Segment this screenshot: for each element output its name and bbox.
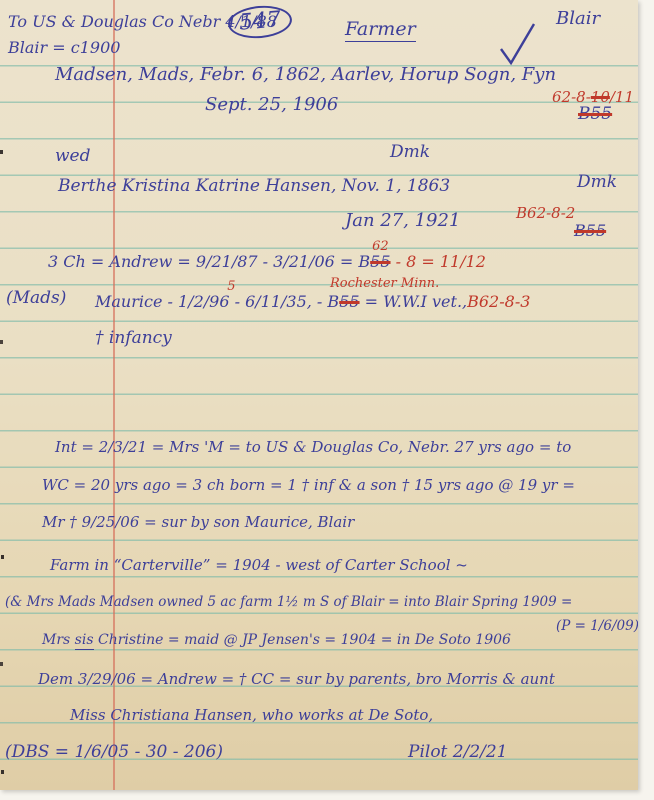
maurice-sup-correction: 5 — [227, 279, 235, 294]
place-top-right: Blair — [556, 8, 600, 29]
spouse-name-line: Berthe Kristina Katrine Hansen, Nov. 1, … — [58, 176, 450, 196]
newspaper-ref: Pilot 2/2/21 — [408, 742, 508, 762]
subject-name-line: Madsen, Mads, Febr. 6, 1862, Aarlev, Hor… — [55, 64, 556, 85]
interview-line-3: Mr † 9/25/06 = sur by son Maurice, Blair — [42, 513, 354, 531]
maurice-place-note: Rochester Minn. — [330, 276, 439, 291]
occupation-label: Farmer — [345, 18, 416, 40]
andrew-code-correction: 62 — [372, 239, 389, 254]
funeral-note-2: Miss Christiana Hansen, who works at De … — [70, 706, 433, 724]
child-maurice-line: Maurice - 1/2/965 - 6/11/35, - B55 = W.W… — [95, 292, 530, 311]
country-label-1: Dmk — [390, 142, 430, 162]
wed-label: wed — [55, 146, 91, 166]
binding-specks — [0, 150, 3, 154]
source-code: (DBS = 1/6/05 - 30 - 206) — [5, 742, 223, 762]
spouse-code-red: B62-8-2 — [516, 204, 575, 222]
entry-number-circle: 547 — [227, 3, 294, 40]
residence-note: Blair = c1900 — [8, 38, 120, 57]
acreage-note: (& Mrs Mads Madsen owned 5 ac farm 1½ m … — [5, 594, 572, 610]
entry-number: 547 — [228, 6, 292, 38]
infancy-note: † infancy — [95, 328, 172, 348]
country-label-2: Dmk — [577, 172, 617, 192]
scanned-notebook-page: To US & Douglas Co Nebr 4/1/88 547 Farme… — [0, 0, 654, 800]
spouse-death-date: Jan 27, 1921 — [345, 210, 460, 231]
acreage-ref: (P = 1/6/09) — [556, 618, 638, 634]
subject-code-struck: B55 — [578, 104, 612, 124]
interview-line-2: WC = 20 yrs ago = 3 ch born = 1 † inf & … — [42, 476, 575, 494]
subject-death-date: Sept. 25, 1906 — [205, 94, 338, 115]
farm-note: Farm in “Carterville” = 1904 - west of C… — [50, 556, 468, 574]
interview-line-1: Int = 2/3/21 = Mrs 'M = to US & Douglas … — [55, 438, 571, 456]
child-andrew-line: 3 Ch = Andrew = 9/21/87 - 3/21/06 = B556… — [48, 252, 486, 271]
checkmark-icon — [498, 22, 536, 70]
funeral-note-1: Dem 3/29/06 = Andrew = † CC = sur by par… — [38, 670, 555, 688]
notebook-page: To US & Douglas Co Nebr 4/1/88 547 Farme… — [0, 0, 638, 790]
mads-margin-note: (Mads) — [6, 288, 66, 308]
spouse-code-struck: B55 — [574, 221, 606, 240]
sister-note: Mrs sis Christine = maid @ JP Jensen's =… — [42, 632, 511, 648]
